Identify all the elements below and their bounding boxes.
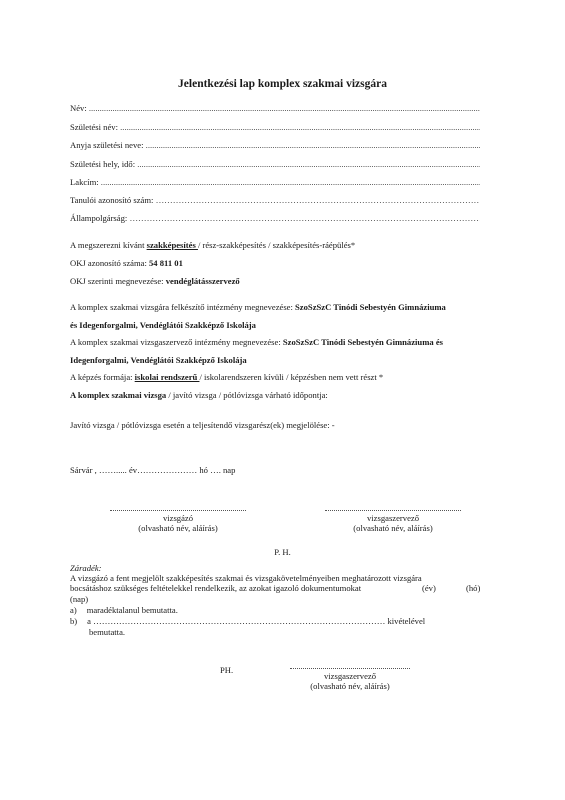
org-institution-line: A komplex szakmai vizsgaszervező intézmé… (70, 337, 443, 348)
field-birth-place-date: Születési hely, idő: ...................… (70, 159, 480, 170)
okj-name-line: OKJ szerinti megnevezése: vendéglátássze… (70, 276, 240, 287)
clause-option-b: b)a ………………………………………………………………………………………… k… (70, 616, 485, 627)
field-citizenship: Állampolgárság: ………………………………………………………………… (70, 213, 480, 224)
bottom-organizer-signature: vizsgaszervező (olvasható név, aláírás) (290, 668, 410, 691)
signature-line[interactable] (110, 510, 246, 511)
field-dots[interactable]: ........................................… (120, 122, 480, 133)
bottom-stamp-label: PH. (220, 665, 233, 676)
stamp-label: P. H. (0, 547, 565, 558)
field-label: Tanulói azonosító szám: (70, 195, 153, 206)
training-selected: iskolai rendszerű (135, 372, 200, 382)
page-title: Jelentkezési lap komplex szakmai vizsgár… (0, 78, 565, 90)
clause-option-b-2: bemutatta. (89, 627, 125, 638)
field-label: Állampolgárság: (70, 213, 127, 224)
signature-line[interactable] (325, 510, 461, 511)
clause-option-a: a)maradéktalanul bemutatta. (70, 605, 178, 616)
training-form-line: A képzés formája: iskolai rendszerű / is… (70, 372, 383, 383)
field-address: Lakcím: ................................… (70, 177, 480, 188)
field-dots[interactable]: …………………………………………………………………………………………………………… (156, 195, 480, 206)
signature-line[interactable] (290, 668, 410, 669)
exam-selected: A komplex szakmai vizsga (70, 390, 166, 400)
organizer-signature: vizsgaszervező (olvasható név, aláírás) (325, 510, 461, 533)
field-student-id: Tanulói azonosító szám: …………………………………………… (70, 195, 480, 206)
field-label: Születési hely, idő: (70, 159, 135, 170)
field-label: Lakcím: (70, 177, 99, 188)
org-institution-line-2: Idegenforgalmi, Vendéglátói Szakképző Is… (70, 355, 247, 366)
field-dots[interactable]: ........................................… (137, 159, 480, 170)
field-dots[interactable]: ........................................… (101, 177, 480, 188)
document-page: Jelentkezési lap komplex szakmai vizsgár… (0, 0, 565, 800)
exam-date-line: A komplex szakmai vizsga / javító vizsga… (70, 390, 328, 401)
field-birth-name: Születési név: .........................… (70, 122, 480, 133)
clause-year: (év) (422, 583, 436, 594)
retake-line: Javító vizsga / pótlóvizsga esetén a tel… (70, 420, 335, 431)
field-name: Név: ...................................… (70, 103, 480, 114)
prep-institution-line-2: és Idegenforgalmi, Vendéglátói Szakképző… (70, 320, 256, 331)
date-line: Sárvár , ……..... év………………… hó …. nap (70, 465, 235, 476)
clause-month: (hó) (466, 583, 480, 594)
clause-text-2: bocsátáshoz szükséges feltételekkel rend… (70, 583, 361, 594)
field-label: Anyja születési neve: (70, 140, 144, 151)
field-mother-name: Anyja születési neve: ..................… (70, 140, 480, 151)
qualification-line: A megszerezni kívánt szakképesítés / rés… (70, 240, 355, 251)
okj-id-value: 54 811 01 (149, 258, 183, 268)
clause-day: (nap) (70, 594, 88, 605)
qualification-selected: szakképesítés (147, 240, 198, 250)
prep-institution-line: A komplex szakmai vizsgára felkészítő in… (70, 302, 446, 313)
okj-id-line: OKJ azonosító száma: 54 811 01 (70, 258, 183, 269)
okj-name-value: vendéglátásszervező (166, 276, 240, 286)
candidate-signature: vizsgázó (olvasható név, aláírás) (110, 510, 246, 533)
field-label: Születési név: (70, 122, 118, 133)
field-dots[interactable]: …………………………………………………………………………………………………………… (129, 213, 480, 224)
field-label: Név: (70, 103, 87, 114)
field-dots[interactable]: ........................................… (146, 140, 480, 151)
field-dots[interactable]: ........................................… (89, 103, 480, 114)
